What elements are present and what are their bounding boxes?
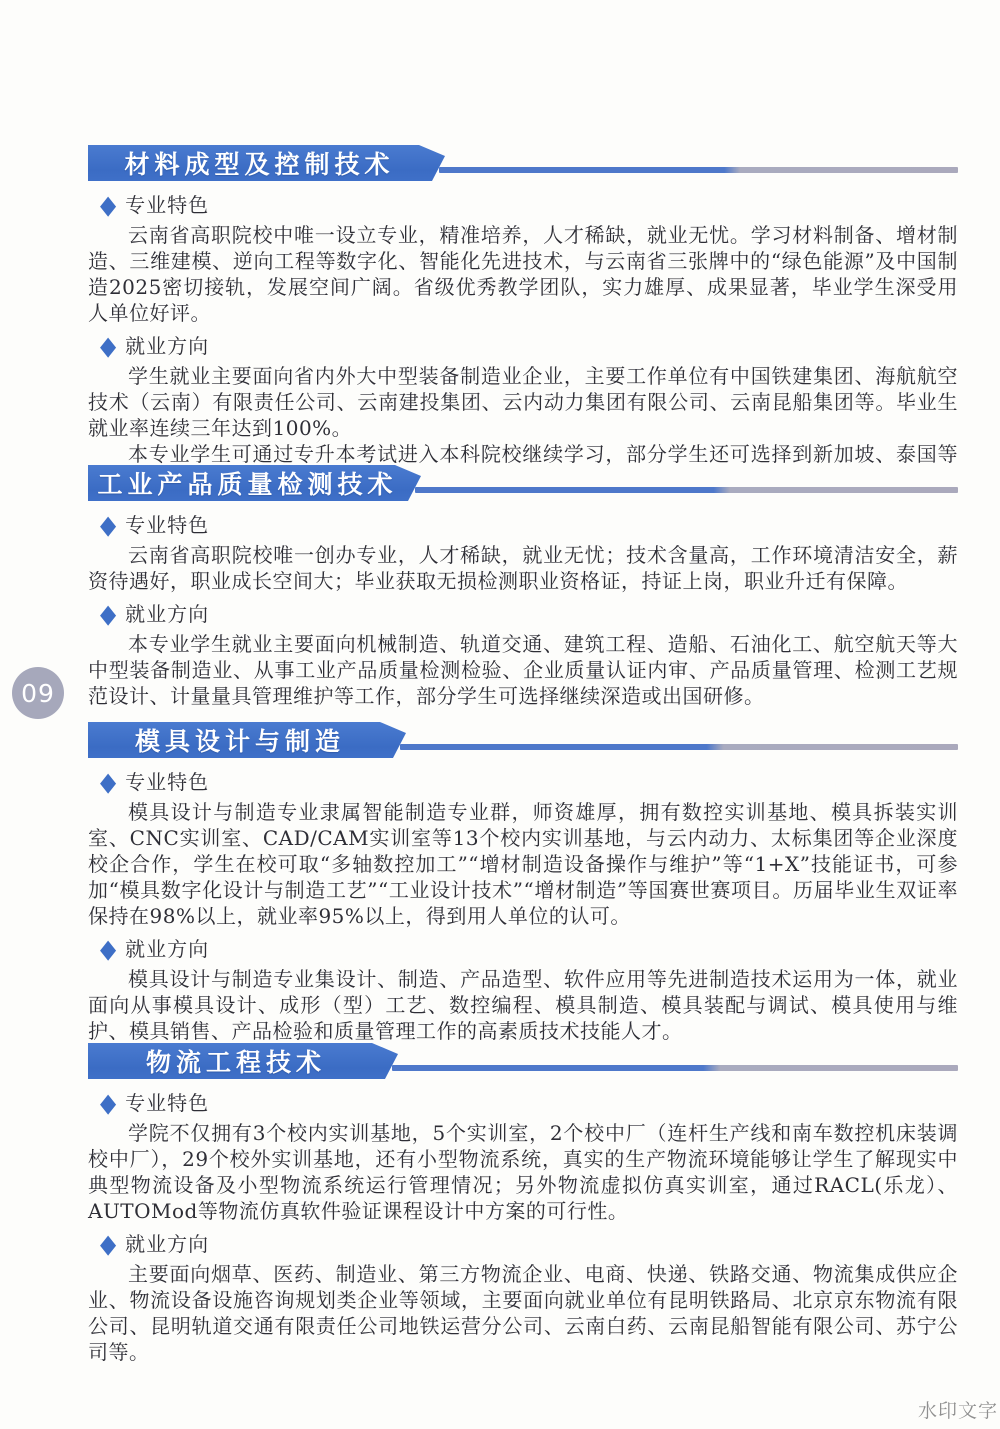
feature-label: 专业特色 [125, 191, 209, 219]
section-title: 模具设计与制造 [135, 722, 359, 758]
employment-label: 就业方向 [125, 600, 209, 628]
banner-decor-line [400, 744, 958, 750]
section-quality-inspection: 工业产品质量检测技术 ◆ 专业特色 云南省高职院校唯一创办专业，人才稀缺，就业无… [88, 465, 958, 709]
banner-decor-line [392, 1065, 958, 1071]
brochure-page: 材料成型及控制技术 ◆ 专业特色 云南省高职院校中唯一设立专业，精准培养，人才稀… [0, 0, 1000, 1429]
employment-label: 就业方向 [125, 1230, 209, 1258]
feature-label: 专业特色 [125, 768, 209, 796]
feature-heading: ◆ 专业特色 [100, 1089, 958, 1117]
feature-paragraph: 云南省高职院校唯一创办专业，人才稀缺，就业无忧；技术含量高，工作环境清洁安全，薪… [88, 542, 958, 594]
section-title: 物流工程技术 [146, 1043, 340, 1079]
section-title: 材料成型及控制技术 [124, 145, 408, 181]
employment-paragraph: 学生就业主要面向省内外大中型装备制造业企业，主要工作单位有中国铁建集团、海航航空… [88, 363, 958, 441]
diamond-bullet-icon: ◆ [100, 769, 116, 795]
feature-heading: ◆ 专业特色 [100, 768, 958, 796]
page-number-badge: 09 [12, 667, 64, 719]
employment-paragraph: 模具设计与制造专业集设计、制造、产品造型、软件应用等先进制造技术运用为一体，就业… [88, 966, 958, 1044]
employment-heading: ◆ 就业方向 [100, 332, 958, 360]
diamond-bullet-icon: ◆ [100, 936, 116, 962]
section-banner: 工业产品质量检测技术 [88, 465, 958, 501]
diamond-bullet-icon: ◆ [100, 333, 116, 359]
diamond-bullet-icon: ◆ [100, 1231, 116, 1257]
diamond-bullet-icon: ◆ [100, 601, 116, 627]
diamond-bullet-icon: ◆ [100, 192, 116, 218]
diamond-bullet-icon: ◆ [100, 1090, 116, 1116]
section-mold-design: 模具设计与制造 ◆ 专业特色 模具设计与制造专业隶属智能制造专业群，师资雄厚，拥… [88, 722, 958, 1044]
employment-heading: ◆ 就业方向 [100, 935, 958, 963]
banner-ribbon: 材料成型及控制技术 [88, 145, 445, 181]
feature-label: 专业特色 [125, 511, 209, 539]
feature-heading: ◆ 专业特色 [100, 191, 958, 219]
feature-heading: ◆ 专业特色 [100, 511, 958, 539]
employment-heading: ◆ 就业方向 [100, 1230, 958, 1258]
section-logistics-engineering: 物流工程技术 ◆ 专业特色 学院不仅拥有3个校内实训基地，5个实训室，2个校中厂… [88, 1043, 958, 1365]
banner-decor-line [439, 167, 958, 173]
feature-paragraph: 学院不仅拥有3个校内实训基地，5个实训室，2个校中厂（连杆生产线和南车数控机床装… [88, 1120, 958, 1224]
section-banner: 物流工程技术 [88, 1043, 958, 1079]
banner-ribbon: 工业产品质量检测技术 [88, 465, 421, 501]
employment-label: 就业方向 [125, 935, 209, 963]
employment-paragraph: 本专业学生就业主要面向机械制造、轨道交通、建筑工程、造船、石油化工、航空航天等大… [88, 631, 958, 709]
watermark-text: 水印文字 [918, 1396, 998, 1423]
section-title: 工业产品质量检测技术 [97, 465, 411, 501]
banner-decor-line [415, 487, 958, 493]
employment-label: 就业方向 [125, 332, 209, 360]
section-banner: 材料成型及控制技术 [88, 145, 958, 181]
employment-paragraph: 主要面向烟草、医药、制造业、第三方物流企业、电商、快递、铁路交通、物流集成供应企… [88, 1261, 958, 1365]
banner-ribbon: 模具设计与制造 [88, 722, 406, 758]
diamond-bullet-icon: ◆ [100, 512, 116, 538]
feature-paragraph: 模具设计与制造专业隶属智能制造专业群，师资雄厚，拥有数控实训基地、模具拆装实训室… [88, 799, 958, 929]
section-banner: 模具设计与制造 [88, 722, 958, 758]
section-materials-forming: 材料成型及控制技术 ◆ 专业特色 云南省高职院校中唯一设立专业，精准培养，人才稀… [88, 145, 958, 493]
feature-paragraph: 云南省高职院校中唯一设立专业，精准培养，人才稀缺，就业无忧。学习材料制备、增材制… [88, 222, 958, 326]
banner-ribbon: 物流工程技术 [88, 1043, 398, 1079]
feature-label: 专业特色 [125, 1089, 209, 1117]
employment-heading: ◆ 就业方向 [100, 600, 958, 628]
